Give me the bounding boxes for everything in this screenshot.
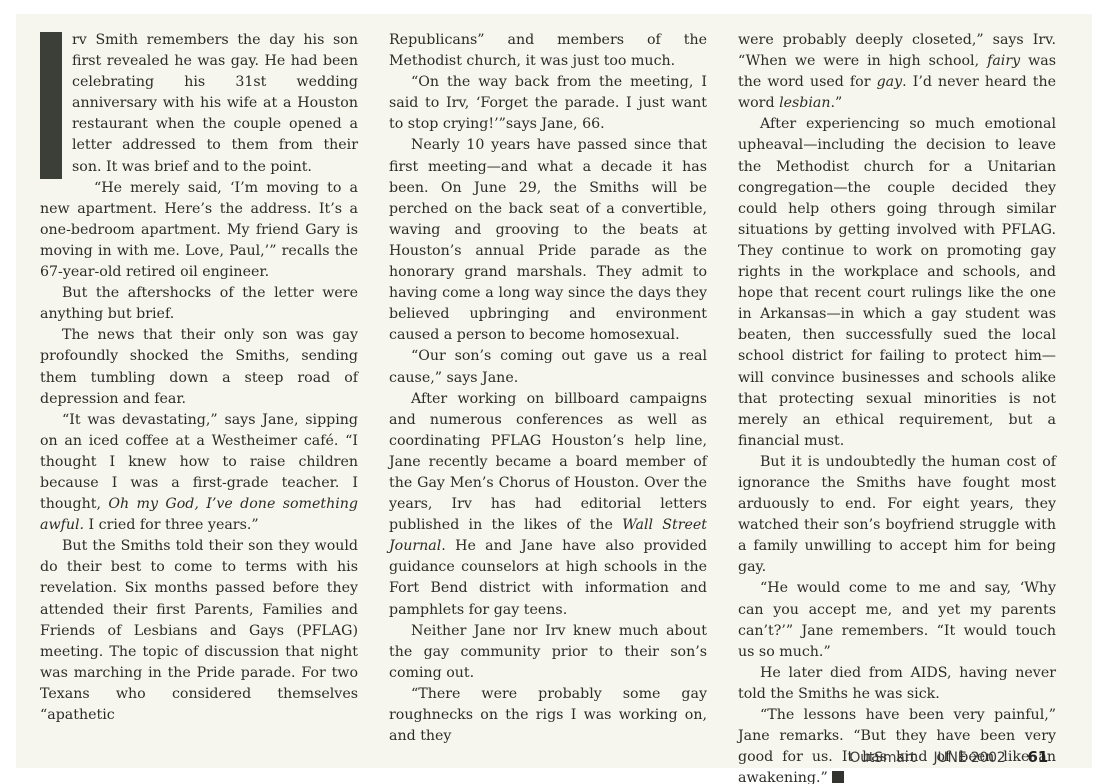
drop-cap-block — [40, 32, 62, 179]
paragraph: The news that their only son was gay pro… — [40, 325, 358, 409]
paragraph: “Our son’s coming out gave us a real cau… — [389, 346, 707, 388]
paragraph: “It was devastating,” says Jane, sipping… — [40, 410, 358, 537]
magazine-page: rv Smith remembers the day his son first… — [16, 14, 1092, 768]
page-number: 61 — [1028, 748, 1048, 766]
end-of-article-square-icon — [832, 771, 844, 783]
lead-paragraph: rv Smith remembers the day his son first… — [40, 30, 358, 178]
column-3: were probably deeply closeted,” says Irv… — [738, 30, 1056, 784]
paragraph: He later died from AIDS, having never to… — [738, 663, 1056, 705]
paragraph-continued: were probably deeply closeted,” says Irv… — [738, 30, 1056, 114]
issue-date: JUNE 2002 — [934, 750, 1006, 766]
paragraph: rv Smith remembers the day his son first… — [40, 30, 358, 178]
paragraph: But it is undoubtedly the human cost of … — [738, 452, 1056, 579]
paragraph: But the Smiths told their son they would… — [40, 536, 358, 726]
column-2: Republicans” and members of the Methodis… — [389, 30, 707, 747]
paragraph: After working on billboard campaigns and… — [389, 389, 707, 621]
paragraph: But the aftershocks of the letter were a… — [40, 283, 358, 325]
column-1: rv Smith remembers the day his son first… — [40, 30, 358, 726]
paragraph: Neither Jane nor Irv knew much about the… — [389, 621, 707, 684]
paragraph-continued: Republicans” and members of the Methodis… — [389, 30, 707, 72]
magazine-name: OutSmart — [849, 750, 915, 766]
paragraph: “On the way back from the meeting, I sai… — [389, 72, 707, 135]
paragraph: Nearly 10 years have passed since that f… — [389, 135, 707, 346]
paragraph: “He would come to me and say, ‘Why can y… — [738, 578, 1056, 662]
paragraph: “He merely said, ‘I’m moving to a new ap… — [40, 178, 358, 283]
page-footer: OutSmartJUNE 200261 — [849, 748, 1048, 766]
paragraph: “There were probably some gay roughnecks… — [389, 684, 707, 747]
paragraph: “The lessons have been very painful,” Ja… — [738, 705, 1056, 784]
paragraph: After experiencing so much emotional uph… — [738, 114, 1056, 452]
